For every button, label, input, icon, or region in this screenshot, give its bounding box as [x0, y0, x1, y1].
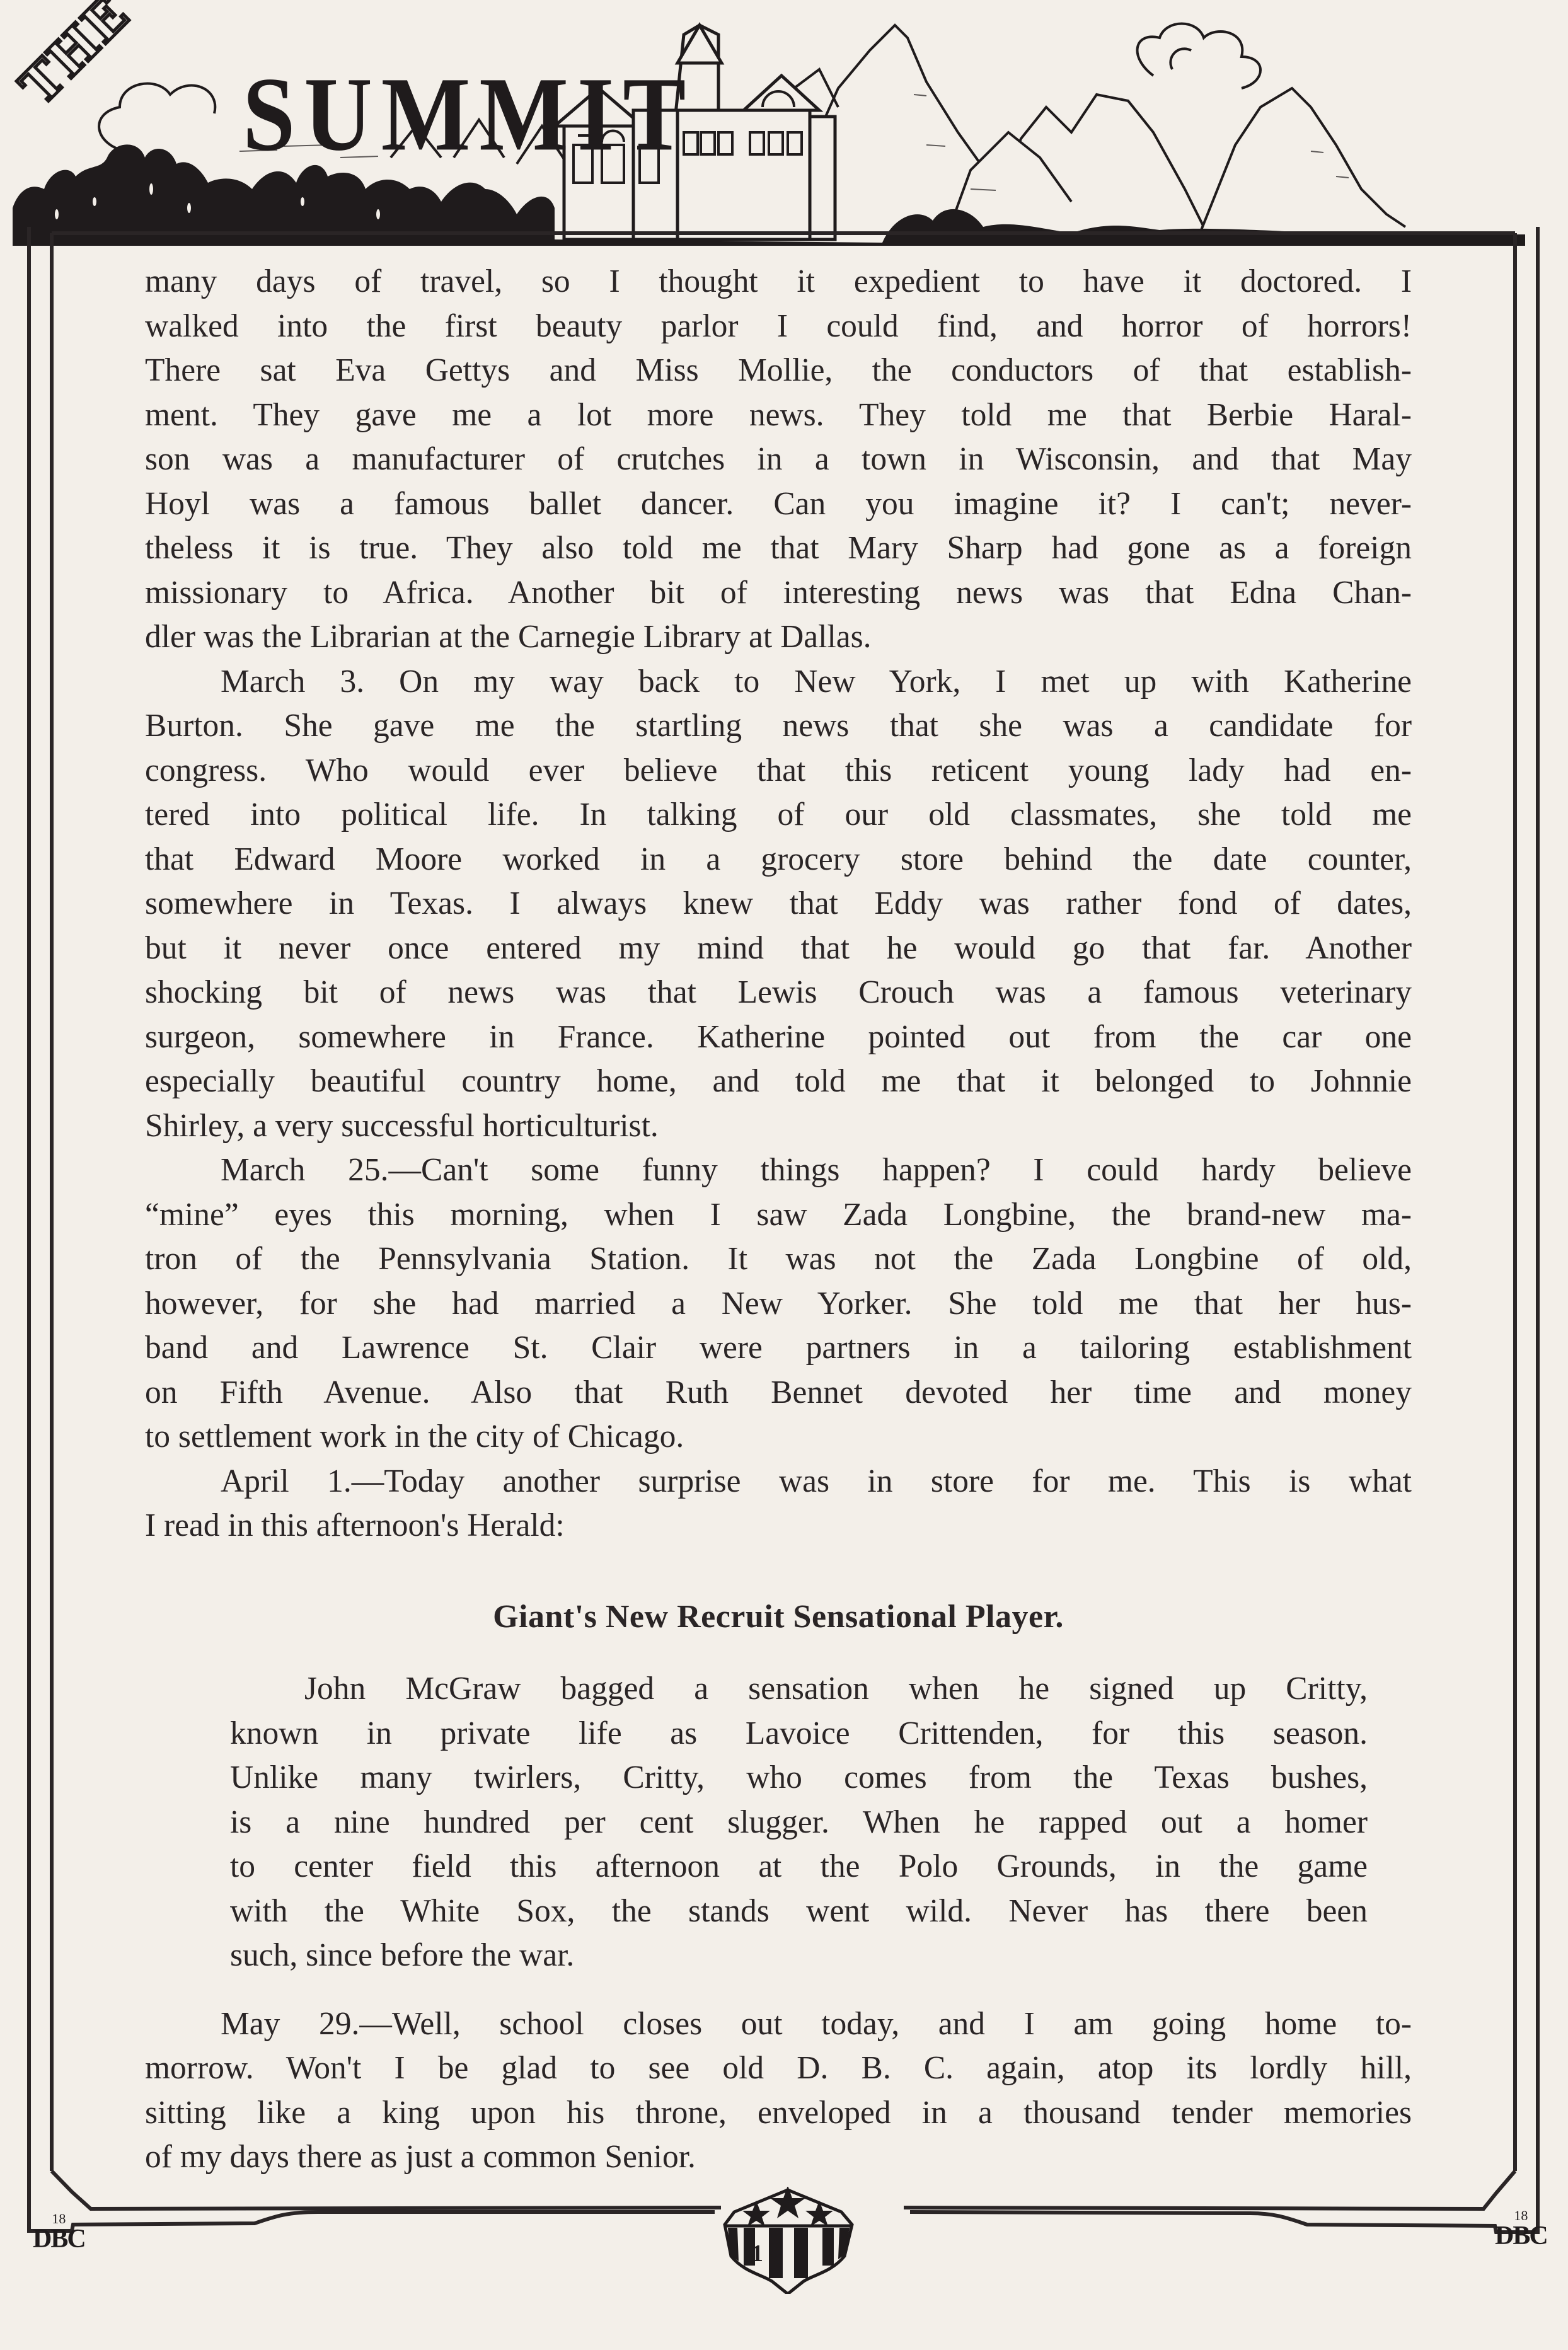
text-line: such, since before the war. — [230, 1933, 1368, 1978]
text-line: to center field this afternoon at the Po… — [230, 1845, 1368, 1889]
paragraph-may-29: May 29.—Well, school closes out today, a… — [145, 2002, 1412, 2180]
text-line: shocking bit of news was that Lewis Crou… — [145, 971, 1412, 1015]
article-body: many days of travel, so I thought it exp… — [145, 260, 1412, 2180]
corner-mark-right: 18 DBC — [1495, 2209, 1547, 2249]
shield-crest-icon: 1 8 — [693, 2187, 882, 2294]
paragraph-march-3: March 3. On my way back to New York, I m… — [145, 660, 1412, 1149]
text-line: to settlement work in the city of Chicag… — [145, 1415, 1412, 1460]
text-line: band and Lawrence St. Clair were partner… — [145, 1326, 1412, 1371]
newspaper-clipping: John McGraw bagged a sensation when he s… — [230, 1667, 1368, 1978]
text-line: is a nine hundred per cent slugger. When… — [230, 1800, 1368, 1845]
text-line: of my days there as just a common Senior… — [145, 2135, 1412, 2180]
text-line: March 25.—Can't some funny things happen… — [145, 1148, 1412, 1193]
corner-mark-left: 18 DBC — [33, 2212, 85, 2252]
text-line: There sat Eva Gettys and Miss Mollie, th… — [145, 348, 1412, 393]
text-line: walked into the first beauty parlor I co… — [145, 304, 1412, 349]
text-line: son was a manufacturer of crutches in a … — [145, 437, 1412, 482]
text-line: Burton. She gave me the startling news t… — [145, 704, 1412, 749]
text-line: John McGraw bagged a sensation when he s… — [230, 1667, 1368, 1712]
paragraph-april-1: April 1.—Today another surprise was in s… — [145, 1460, 1412, 1548]
text-line: morrow. Won't I be glad to see old D. B.… — [145, 2046, 1412, 2091]
corner-initials-right: DBC — [1495, 2223, 1547, 2249]
text-line: sitting like a king upon his throne, env… — [145, 2091, 1412, 2136]
corner-year-right: 18 — [1495, 2209, 1547, 2223]
text-line: however, for she had married a New Yorke… — [145, 1282, 1412, 1327]
text-line: April 1.—Today another surprise was in s… — [145, 1460, 1412, 1504]
text-line: somewhere in Texas. I always knew that E… — [145, 882, 1412, 926]
corner-year-left: 18 — [33, 2212, 85, 2226]
text-line: Hoyl was a famous ballet dancer. Can you… — [145, 482, 1412, 527]
text-line: ment. They gave me a lot more news. They… — [145, 393, 1412, 438]
text-line: known in private life as Lavoice Critten… — [230, 1712, 1368, 1756]
clipping-headline: Giant's New Recruit Sensational Player. — [145, 1595, 1412, 1640]
text-line: tered into political life. In talking of… — [145, 793, 1412, 838]
text-line: Shirley, a very successful horticulturis… — [145, 1104, 1412, 1149]
text-line: tron of the Pennsylvania Station. It was… — [145, 1237, 1412, 1282]
text-line: surgeon, somewhere in France. Katherine … — [145, 1015, 1412, 1060]
text-line: May 29.—Well, school closes out today, a… — [145, 2002, 1412, 2047]
text-line: on Fifth Avenue. Also that Ruth Bennet d… — [145, 1371, 1412, 1415]
text-line: that Edward Moore worked in a grocery st… — [145, 838, 1412, 882]
text-line: March 3. On my way back to New York, I m… — [145, 660, 1412, 705]
paragraph-beauty-parlor: many days of travel, so I thought it exp… — [145, 260, 1412, 660]
text-line: theless it is true. They also told me th… — [145, 526, 1412, 571]
text-line: “mine” eyes this morning, when I saw Zad… — [145, 1193, 1412, 1238]
text-line: congress. Who would ever believe that th… — [145, 749, 1412, 793]
corner-initials-left: DBC — [33, 2226, 85, 2252]
text-line: I read in this afternoon's Herald: — [145, 1504, 1412, 1548]
text-line: missionary to Africa. Another bit of int… — [145, 571, 1412, 616]
text-line: but it never once entered my mind that h… — [145, 926, 1412, 971]
text-line: with the White Sox, the stands went wild… — [230, 1889, 1368, 1934]
text-line: many days of travel, so I thought it exp… — [145, 260, 1412, 304]
text-line: Unlike many twirlers, Critty, who comes … — [230, 1756, 1368, 1800]
svg-text:8: 8 — [810, 2240, 822, 2267]
text-line: dler was the Librarian at the Carnegie L… — [145, 615, 1412, 660]
paragraph-march-25: March 25.—Can't some funny things happen… — [145, 1148, 1412, 1460]
masthead-title: SUMMIT — [243, 54, 695, 175]
text-line: especially beautiful country home, and t… — [145, 1059, 1412, 1104]
svg-text:1: 1 — [751, 2240, 763, 2267]
masthead: THE SUMMIT — [25, 19, 655, 145]
